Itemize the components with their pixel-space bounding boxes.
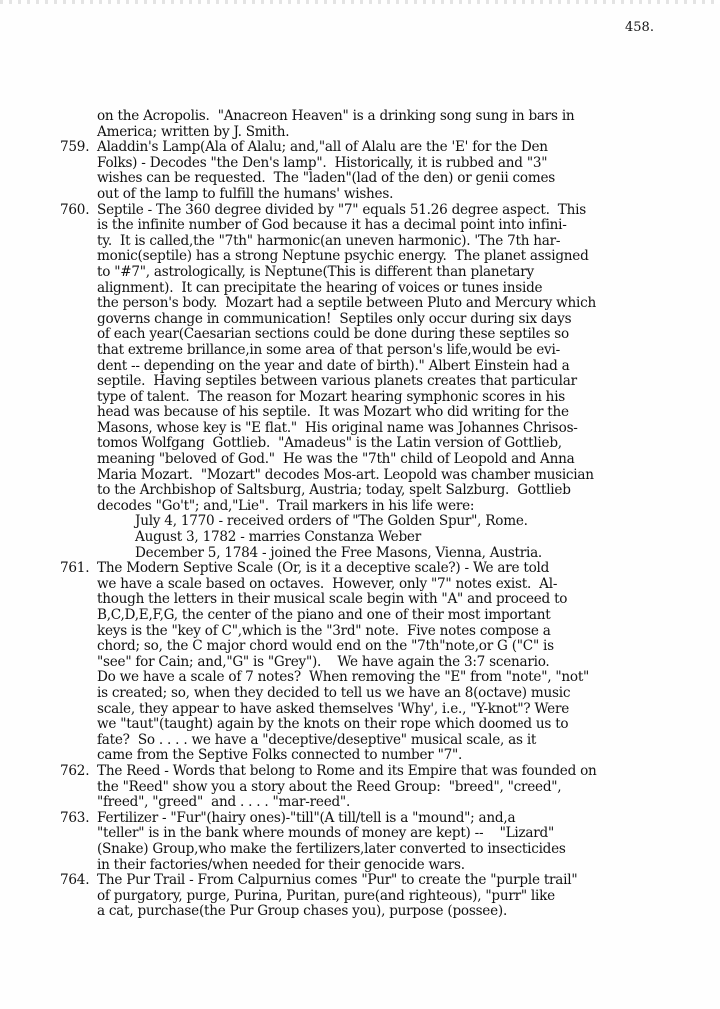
text-line: wishes can be requested. The "laden"(lad… xyxy=(60,171,680,187)
entry-first-line: 763.Fertilizer - "Fur"(hairy ones)-"till… xyxy=(60,811,680,827)
text-line: of purgatory, purge, Purina, Puritan, pu… xyxy=(60,889,680,905)
line-text: "teller" is in the bank where mounds of … xyxy=(97,825,554,841)
line-text: decodes "Go't"; and,"Lie". Trail markers… xyxy=(97,498,474,514)
line-text: scale, they appear to have asked themsel… xyxy=(97,701,569,717)
text-line: Masons, whose key is "E flat." His origi… xyxy=(60,421,680,437)
text-line: "see" for Cain; and,"G" is "Grey"). We h… xyxy=(60,655,680,671)
text-line: ty. It is called,the "7th" harmonic(an u… xyxy=(60,234,680,250)
line-text: ty. It is called,the "7th" harmonic(an u… xyxy=(97,233,560,249)
line-text: to "#7", astrologically, is Neptune(This… xyxy=(97,264,534,280)
text-line: to the Archbishop of Saltsburg, Austria;… xyxy=(60,483,680,499)
line-text: wishes can be requested. The "laden"(lad… xyxy=(97,170,555,186)
line-text: we "taut"(taught) again by the knots on … xyxy=(97,716,568,732)
text-line: out of the lamp to fulfill the humans' w… xyxy=(60,187,680,203)
text-line: (Snake) Group,who make the fertilizers,l… xyxy=(60,842,680,858)
text-line: Do we have a scale of 7 notes? When remo… xyxy=(60,670,680,686)
text-line: the person's body. Mozart had a septile … xyxy=(60,296,680,312)
entry-number: 761. xyxy=(60,561,97,577)
line-text: tomos Wolfgang Gottlieb. "Amadeus" is th… xyxy=(97,435,562,451)
entry-number: 763. xyxy=(60,811,97,827)
line-text: to the Archbishop of Saltsburg, Austria;… xyxy=(97,482,571,498)
line-text: we have a scale based on octaves. Howeve… xyxy=(97,576,557,592)
text-line: on the Acropolis. "Anacreon Heaven" is a… xyxy=(60,109,680,125)
line-text: out of the lamp to fulfill the humans' w… xyxy=(97,186,393,202)
line-text: in their factories/when needed for their… xyxy=(97,857,465,873)
line-text: Fertilizer - "Fur"(hairy ones)-"till"(A … xyxy=(97,811,515,827)
line-text: "freed", "greed" and . . . . "mar-reed". xyxy=(97,794,350,810)
text-line: scale, they appear to have asked themsel… xyxy=(60,702,680,718)
line-text: Aladdin's Lamp(Ala of Alalu; and,"all of… xyxy=(97,140,548,156)
text-line: that extreme brillance,in some area of t… xyxy=(60,343,680,359)
entry-number: 762. xyxy=(60,764,97,780)
line-text: septile. Having septiles between various… xyxy=(97,373,577,389)
line-text: America; written by J. Smith. xyxy=(97,124,289,140)
trail-marker-line: July 4, 1770 - received orders of "The G… xyxy=(60,514,680,530)
text-line: meaning "beloved of God." He was the "7t… xyxy=(60,452,680,468)
line-text: "see" for Cain; and,"G" is "Grey"). We h… xyxy=(97,654,550,670)
line-text: Septile - The 360 degree divided by "7" … xyxy=(97,203,586,219)
document-body: on the Acropolis. "Anacreon Heaven" is a… xyxy=(60,109,680,920)
text-line: B,C,D,E,F,G, the center of the piano and… xyxy=(60,608,680,624)
text-line: head was because of his septile. It was … xyxy=(60,405,680,421)
line-text: the person's body. Mozart had a septile … xyxy=(97,295,596,311)
entry-number: 759. xyxy=(60,140,97,156)
line-text: July 4, 1770 - received orders of "The G… xyxy=(135,513,528,529)
line-text: Folks) - Decodes "the Den's lamp". Histo… xyxy=(97,155,547,171)
document-page: 458. on the Acropolis. "Anacreon Heaven"… xyxy=(0,0,720,1009)
line-text: dent -- depending on the year and date o… xyxy=(97,358,570,374)
entry-first-line: 762.The Reed - Words that belong to Rome… xyxy=(60,764,680,780)
text-line: is the infinite number of God because it… xyxy=(60,218,680,234)
line-text: The Pur Trail - From Calpurnius comes "P… xyxy=(97,873,577,889)
line-text: of each year(Caesarian sections could be… xyxy=(97,326,569,342)
text-line: we "taut"(taught) again by the knots on … xyxy=(60,717,680,733)
entry-number: 764. xyxy=(60,873,97,889)
line-text: is the infinite number of God because it… xyxy=(97,217,567,233)
text-line: septile. Having septiles between various… xyxy=(60,374,680,390)
line-text: The Modern Septive Scale (Or, is it a de… xyxy=(97,561,549,577)
line-text: governs change in communication! Septile… xyxy=(97,311,571,327)
line-text: alignment). It can precipitate the heari… xyxy=(97,280,542,296)
entry-first-line: 759.Aladdin's Lamp(Ala of Alalu; and,"al… xyxy=(60,140,680,156)
entry-first-line: 760.Septile - The 360 degree divided by … xyxy=(60,203,680,219)
text-line: chord; so, the C major chord would end o… xyxy=(60,639,680,655)
text-line: a cat, purchase(the Pur Group chases you… xyxy=(60,904,680,920)
line-text: head was because of his septile. It was … xyxy=(97,404,569,420)
page-number: 458. xyxy=(625,20,654,35)
line-text: is created; so, when they decided to tel… xyxy=(97,685,570,701)
text-line: though the letters in their musical scal… xyxy=(60,592,680,608)
line-text: B,C,D,E,F,G, the center of the piano and… xyxy=(97,607,550,623)
line-text: Masons, whose key is "E flat." His origi… xyxy=(97,420,578,436)
line-text: meaning "beloved of God." He was the "7t… xyxy=(97,451,574,467)
text-line: type of talent. The reason for Mozart he… xyxy=(60,390,680,406)
line-text: Do we have a scale of 7 notes? When remo… xyxy=(97,669,589,685)
text-line: to "#7", astrologically, is Neptune(This… xyxy=(60,265,680,281)
line-text: type of talent. The reason for Mozart he… xyxy=(97,389,565,405)
text-line: alignment). It can precipitate the heari… xyxy=(60,281,680,297)
text-line: the "Reed" show you a story about the Re… xyxy=(60,780,680,796)
scan-edge-artifact xyxy=(0,0,720,4)
line-text: chord; so, the C major chord would end o… xyxy=(97,638,554,654)
line-text: of purgatory, purge, Purina, Puritan, pu… xyxy=(97,888,555,904)
text-line: tomos Wolfgang Gottlieb. "Amadeus" is th… xyxy=(60,436,680,452)
line-text: though the letters in their musical scal… xyxy=(97,591,567,607)
text-line: "freed", "greed" and . . . . "mar-reed". xyxy=(60,795,680,811)
line-text: that extreme brillance,in some area of t… xyxy=(97,342,560,358)
text-line: governs change in communication! Septile… xyxy=(60,312,680,328)
line-text: December 5, 1784 - joined the Free Mason… xyxy=(135,545,542,561)
line-text: the "Reed" show you a story about the Re… xyxy=(97,779,561,795)
text-line: decodes "Go't"; and,"Lie". Trail markers… xyxy=(60,499,680,515)
entry-first-line: 764.The Pur Trail - From Calpurnius come… xyxy=(60,873,680,889)
text-line: "teller" is in the bank where mounds of … xyxy=(60,826,680,842)
line-text: monic(septile) has a strong Neptune psyc… xyxy=(97,248,589,264)
line-text: a cat, purchase(the Pur Group chases you… xyxy=(97,903,507,919)
text-line: fate? So . . . . we have a "deceptive/de… xyxy=(60,733,680,749)
text-line: Folks) - Decodes "the Den's lamp". Histo… xyxy=(60,156,680,172)
line-text: keys is the "key of C",which is the "3rd… xyxy=(97,623,551,639)
text-line: Maria Mozart. "Mozart" decodes Mos-art. … xyxy=(60,468,680,484)
trail-marker-line: December 5, 1784 - joined the Free Mason… xyxy=(60,546,680,562)
text-line: is created; so, when they decided to tel… xyxy=(60,686,680,702)
line-text: on the Acropolis. "Anacreon Heaven" is a… xyxy=(97,108,574,124)
text-line: of each year(Caesarian sections could be… xyxy=(60,327,680,343)
text-line: in their factories/when needed for their… xyxy=(60,858,680,874)
text-line: came from the Septive Folks connected to… xyxy=(60,748,680,764)
line-text: The Reed - Words that belong to Rome and… xyxy=(97,764,597,780)
line-text: (Snake) Group,who make the fertilizers,l… xyxy=(97,841,566,857)
entry-first-line: 761.The Modern Septive Scale (Or, is it … xyxy=(60,561,680,577)
line-text: Maria Mozart. "Mozart" decodes Mos-art. … xyxy=(97,467,594,483)
line-text: August 3, 1782 - marries Constanza Weber xyxy=(135,529,421,545)
line-text: fate? So . . . . we have a "deceptive/de… xyxy=(97,732,536,748)
text-line: monic(septile) has a strong Neptune psyc… xyxy=(60,249,680,265)
text-line: America; written by J. Smith. xyxy=(60,125,680,141)
trail-marker-line: August 3, 1782 - marries Constanza Weber xyxy=(60,530,680,546)
entry-number: 760. xyxy=(60,203,97,219)
text-line: dent -- depending on the year and date o… xyxy=(60,359,680,375)
line-text: came from the Septive Folks connected to… xyxy=(97,747,462,763)
text-line: we have a scale based on octaves. Howeve… xyxy=(60,577,680,593)
text-line: keys is the "key of C",which is the "3rd… xyxy=(60,624,680,640)
